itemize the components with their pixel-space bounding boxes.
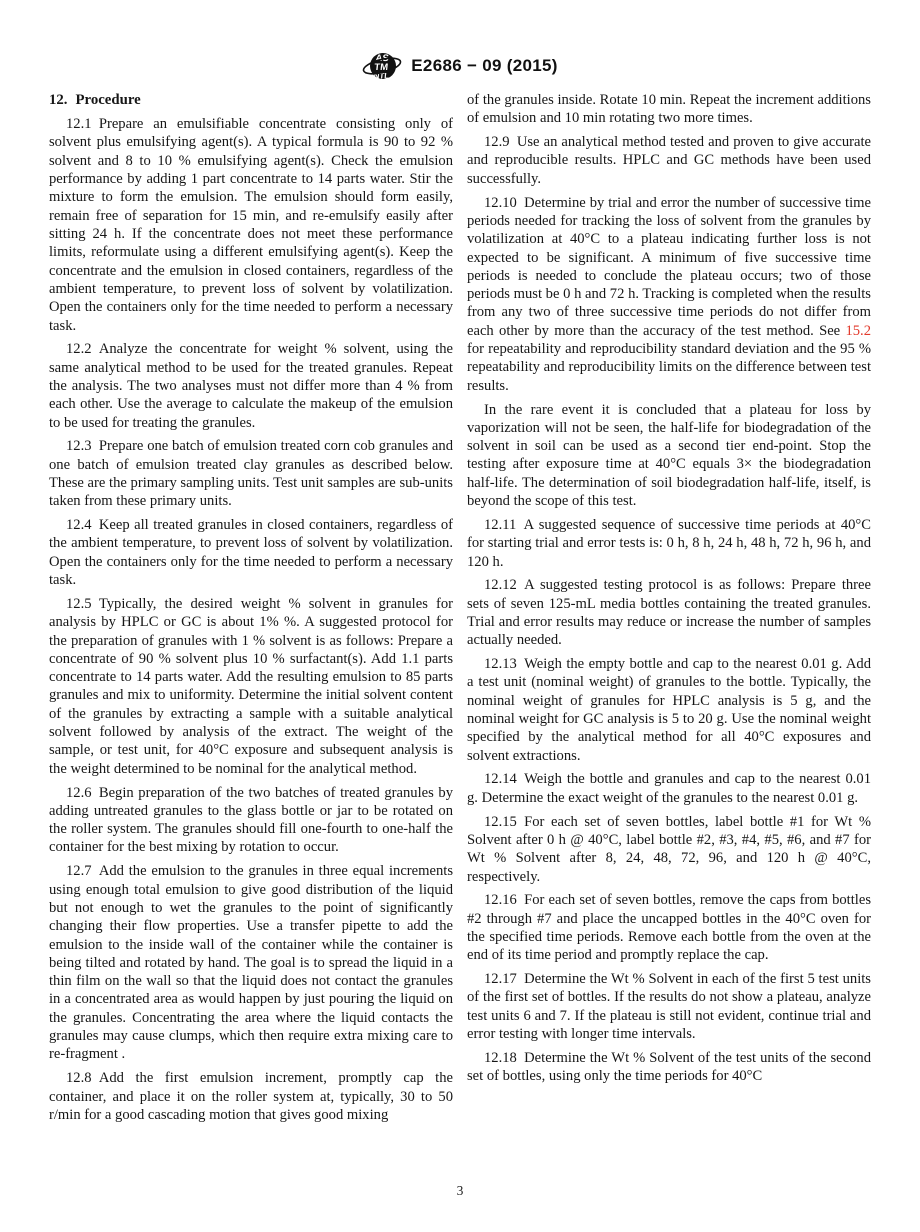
clause-number: 12.2 — [66, 341, 92, 357]
standard-designation: E2686 − 09 (2015) — [411, 56, 557, 76]
clause-number: 12.7 — [66, 863, 92, 879]
clause-number: 12.1 — [66, 116, 92, 132]
clause-number: 12.5 — [66, 596, 92, 612]
clause-number: 12.14 — [484, 771, 517, 787]
paragraph: of the granules inside. Rotate 10 min. R… — [467, 91, 871, 128]
clause-12.1: 12.1 Prepare an emulsifiable concentrate… — [49, 115, 453, 335]
page-number: 3 — [457, 1183, 464, 1198]
clause-number: 12.18 — [484, 1050, 517, 1066]
left-column: 12.Procedure 12.1 Prepare an emulsifiabl… — [49, 91, 453, 1124]
clause-number: 12.12 — [484, 577, 517, 593]
document-header: AS TM INTL E2686 − 09 (2015) — [0, 50, 920, 82]
paragraph: In the rare event it is concluded that a… — [467, 401, 871, 511]
clause-number: 12.10 — [484, 195, 517, 211]
clause-number: 12.6 — [66, 785, 92, 801]
clause-12.15: 12.15 For each set of seven bottles, lab… — [467, 813, 871, 886]
clause-12.2: 12.2 Analyze the concentrate for weight … — [49, 340, 453, 432]
page-footer: 3 — [0, 1183, 920, 1199]
section-number: 12. — [49, 92, 68, 108]
clause-12.16: 12.16 For each set of seven bottles, rem… — [467, 891, 871, 964]
clause-number: 12.15 — [484, 814, 517, 830]
astm-logo-icon: AS TM INTL — [362, 50, 402, 82]
clause-12.10: 12.10 Determine by trial and error the n… — [467, 194, 871, 395]
cross-reference-link[interactable]: 15.2 — [845, 323, 871, 339]
clause-number: 12.3 — [66, 438, 92, 454]
clause-number: 12.17 — [484, 971, 517, 987]
right-column: of the granules inside. Rotate 10 min. R… — [467, 91, 871, 1124]
clause-number: 12.4 — [66, 517, 92, 533]
clause-12.8: 12.8 Add the first emulsion increment, p… — [49, 1069, 453, 1124]
clause-12.4: 12.4 Keep all treated granules in closed… — [49, 516, 453, 589]
clause-12.14: 12.14 Weigh the bottle and granules and … — [467, 770, 871, 807]
clause-12.9: 12.9 Use an analytical method tested and… — [467, 133, 871, 188]
clause-12.5: 12.5 Typically, the desired weight % sol… — [49, 595, 453, 778]
clause-12.7: 12.7 Add the emulsion to the granules in… — [49, 862, 453, 1063]
clause-number: 12.8 — [66, 1070, 92, 1086]
section-heading: 12.Procedure — [49, 91, 453, 110]
document-page: AS TM INTL E2686 − 09 (2015) 12.Procedur… — [0, 0, 920, 1232]
clause-12.18: 12.18 Determine the Wt % Solvent of the … — [467, 1049, 871, 1086]
clause-number: 12.11 — [484, 517, 516, 533]
section-title: Procedure — [76, 92, 141, 108]
clause-12.13: 12.13 Weigh the empty bottle and cap to … — [467, 655, 871, 765]
clause-12.17: 12.17 Determine the Wt % Solvent in each… — [467, 970, 871, 1043]
clause-12.11: 12.11 A suggested sequence of successive… — [467, 516, 871, 571]
clause-12.3: 12.3 Prepare one batch of emulsion treat… — [49, 437, 453, 510]
clause-number: 12.13 — [484, 656, 517, 672]
clause-12.6: 12.6 Begin preparation of the two batche… — [49, 784, 453, 857]
document-body: 12.Procedure 12.1 Prepare an emulsifiabl… — [49, 91, 871, 1124]
clause-12.12: 12.12 A suggested testing protocol is as… — [467, 576, 871, 649]
clause-number: 12.9 — [484, 134, 510, 150]
clause-number: 12.16 — [484, 892, 517, 908]
